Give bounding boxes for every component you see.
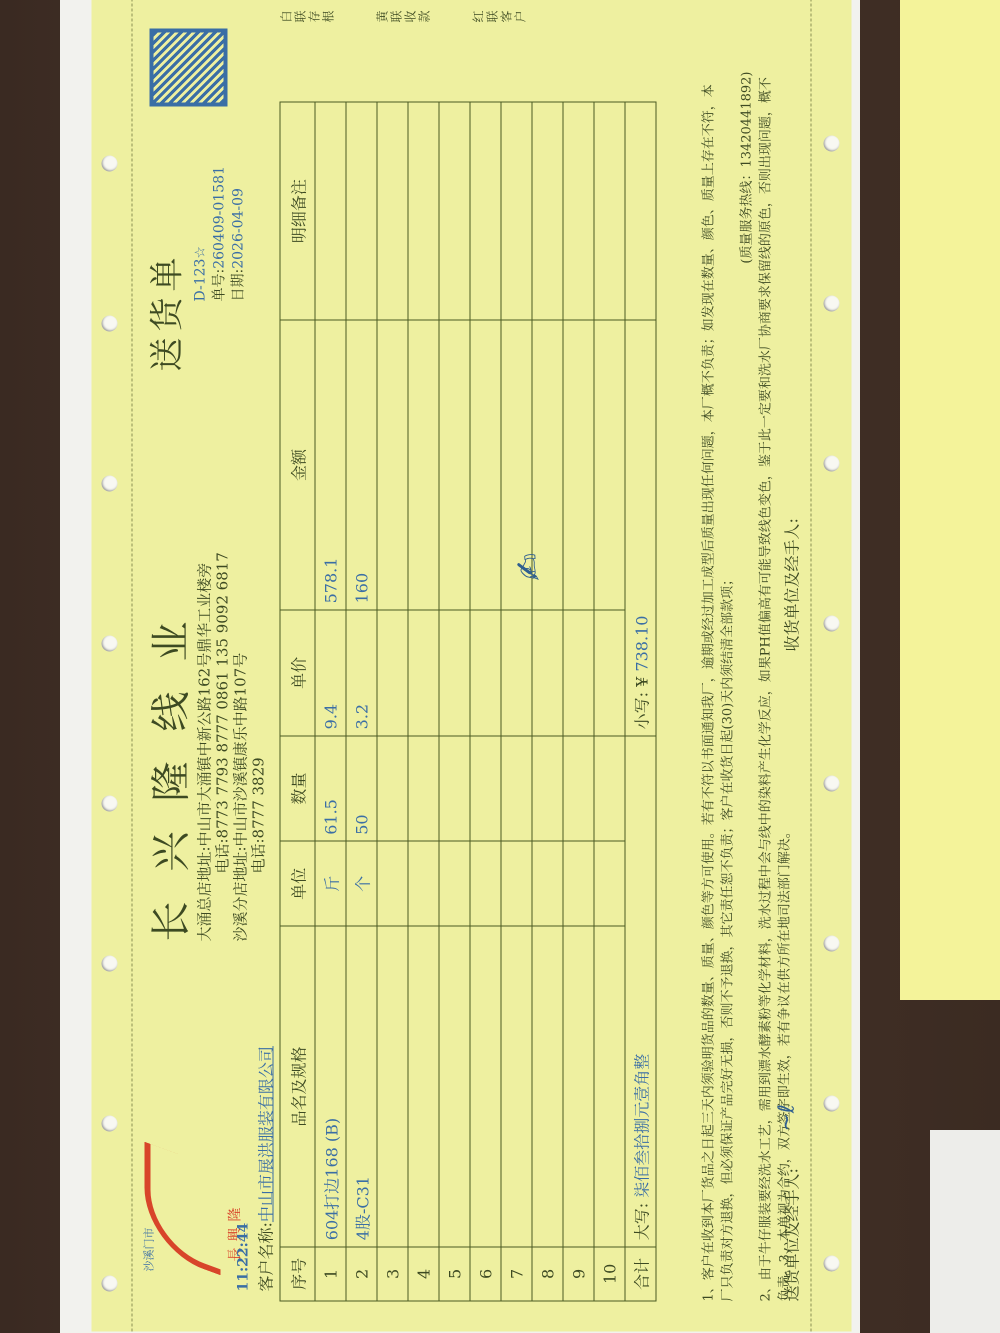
adjacent-paper [930,1130,1000,1333]
cell-no: 9 [563,1247,594,1301]
tractor-hole-icon [102,796,118,812]
address-block: 大涌总店地址:中山市大涌镇中新公路162号鼎华工业楼旁 电话:8773 7793… [196,552,268,941]
items-table: 序号 品名及规格 单位 数量 单价 金额 明细备注 1604打边168 (B)斤… [280,102,657,1302]
cell-price [594,610,625,736]
cell-name [470,926,501,1246]
copy-label-white: 白联存根 [280,3,336,23]
header-no: 序号 [280,1247,315,1301]
cell-unit [470,841,501,926]
cell-name [408,926,439,1246]
table-row: 10 [594,102,625,1301]
tractor-hole-icon [824,1096,840,1112]
table-row: 1604打边168 (B)斤61.59.4578.1 [315,102,346,1301]
cell-unit [501,841,532,926]
total-number-cell: 小写: ¥ 738.10 [625,320,656,736]
cell-unit [439,841,470,926]
value: 8773 7793 8777 0861 135 9092 6817 [214,552,232,838]
cell-amount [439,320,470,610]
perforation-strip-top [92,0,133,1332]
cell-amount: 578.1 [315,320,346,610]
value: 260409-01581 [212,166,228,269]
cell-price [408,610,439,736]
value: 2026-04-09 [231,188,247,269]
tractor-hole-icon [824,776,840,792]
cell-note [439,102,470,320]
label: 日期: [231,269,247,302]
total-note-cell [625,102,656,320]
cell-no: 10 [594,1247,625,1301]
label: 电话: [214,838,232,873]
header-note: 明细备注 [280,102,315,320]
total-label: 合计 [625,1247,656,1301]
cell-price: 3.2 [346,610,377,736]
tractor-hole-icon [102,156,118,172]
cell-note [346,102,377,320]
cell-note [501,102,532,320]
total-words-cell: 大写: 柒佰叁拾捌元壹角整 [625,736,656,1247]
cell-qty [563,736,594,841]
copy-labels: 白联存根 黄联收款 红联客户 [280,3,568,23]
cell-no: 8 [532,1247,563,1301]
label: 大涌总店地址: [196,846,214,941]
cell-amount [408,320,439,610]
document-date: 日期:2026-04-09 [230,166,249,301]
value: 中山市大涌镇中新公路162号鼎华工业楼旁 [196,563,214,847]
delivery-slip: 沙溪门市 長興隆 长兴隆线业 送货单 大涌总店地址:中山市大涌镇中新公路162号… [92,0,852,1332]
cell-qty: 61.5 [315,736,346,841]
table-row: 8 [532,102,563,1301]
cell-note [408,102,439,320]
tractor-hole-icon [102,1116,118,1132]
company-name: 长兴隆线业 [140,592,197,942]
cell-price [470,610,501,736]
table-row: 24股-C31个503.2160 [346,102,377,1301]
cell-no: 6 [470,1247,501,1301]
cell-unit [594,841,625,926]
quality-hotline: (质量服务热线：13420441892) [738,72,757,1302]
customer-label: 客户名称: [257,1222,276,1291]
cell-no: 1 [315,1247,346,1301]
value: 8777 3829 [250,757,268,838]
header-qty: 数量 [280,736,315,841]
document-title: 送货单 [140,252,189,372]
total-words-label: 大写: [632,1203,651,1240]
total-row: 合计 大写: 柒佰叁拾捌元壹角整 小写: ¥ 738.10 [625,102,656,1301]
cell-qty [501,736,532,841]
cell-note [532,102,563,320]
table-row: 9 [563,102,594,1301]
total-number: 738.10 [632,616,651,672]
cell-price [532,610,563,736]
branch-address: 沙溪分店地址:中山市沙溪镇康乐中路107号 [232,552,250,941]
cell-qty: 50 [346,736,377,841]
cell-price [501,610,532,736]
cell-no: 5 [439,1247,470,1301]
cell-qty [470,736,501,841]
cell-qty [408,736,439,841]
handwritten-signature: ✍ [508,551,550,583]
header-price: 单价 [280,610,315,736]
cell-qty [532,736,563,841]
main-store-address: 大涌总店地址:中山市大涌镇中新公路162号鼎华工业楼旁 [196,552,214,941]
cell-amount [563,320,594,610]
cell-note [563,102,594,320]
tractor-hole-icon [102,476,118,492]
cell-unit: 斤 [315,841,346,926]
cell-note [315,102,346,320]
tractor-hole-icon [824,456,840,472]
cell-price [377,610,408,736]
cell-no: 2 [346,1247,377,1301]
cell-qty [439,736,470,841]
cell-qty [377,736,408,841]
cell-unit [377,841,408,926]
copy-label-yellow: 黄联收款 [376,3,432,23]
tractor-hole-icon [102,956,118,972]
cell-name: 604打边168 (B) [315,926,346,1246]
cell-name [563,926,594,1246]
tractor-hole-icon [824,936,840,952]
cell-note [594,102,625,320]
header-unit: 单位 [280,841,315,926]
cell-name [532,926,563,1246]
table-header-row: 序号 品名及规格 单位 数量 单价 金额 明细备注 [280,102,315,1301]
table-row: 6 [470,102,501,1301]
cell-name [501,926,532,1246]
document-number: 单号:260409-01581 [211,166,230,301]
total-number-label: 小写: ¥ [632,677,651,730]
table-row: 3 [377,102,408,1301]
document-meta: D-123☆ 单号:260409-01581 日期:2026-04-09 [192,166,249,301]
copy-label-red: 红联客户 [472,3,528,23]
value: 中山市沙溪镇康乐中路107号 [232,653,250,847]
cell-price: 9.4 [315,610,346,736]
cell-note [377,102,408,320]
branch-phone: 电话:8777 3829 [250,552,268,941]
total-words: 柒佰叁拾捌元壹角整 [632,1054,651,1198]
cell-no: 3 [377,1247,408,1301]
cell-name [594,926,625,1246]
cell-note [470,102,501,320]
table-row: 7 [501,102,532,1301]
cell-amount [470,320,501,610]
perforation-strip-bottom [811,0,852,1332]
receiver-signature-label: 收货单位及经手人: [780,518,803,651]
table-row: 5 [439,102,470,1301]
cell-amount [594,320,625,610]
label: 电话: [250,838,268,873]
cell-qty [594,736,625,841]
table-row: 4 [408,102,439,1301]
tractor-hole-icon [102,316,118,332]
cell-unit: 个 [346,841,377,926]
cell-no: 7 [501,1247,532,1301]
form-code: D-123☆ [192,166,211,301]
cell-unit [532,841,563,926]
cell-unit [563,841,594,926]
cell-name: 4股-C31 [346,926,377,1246]
label: 沙溪分店地址: [232,846,250,941]
main-store-phone: 电话:8773 7793 8777 0861 135 9092 6817 [214,552,232,941]
cell-price [439,610,470,736]
tractor-hole-icon [102,636,118,652]
print-time: 11:22:44 [236,1223,252,1292]
tractor-hole-icon [824,296,840,312]
cell-no: 4 [408,1247,439,1301]
cell-amount [377,320,408,610]
customer-line: 客户名称:中山市展洪服装有限公司 [254,1046,277,1291]
branch-tag: 沙溪门市 [141,1228,157,1272]
tractor-hole-icon [824,1256,840,1272]
cell-name [439,926,470,1246]
tractor-hole-icon [824,616,840,632]
slip-header: 沙溪门市 長興隆 长兴隆线业 送货单 大涌总店地址:中山市大涌镇中新公路162号… [140,29,260,1302]
cell-unit [408,841,439,926]
tractor-hole-icon [102,1276,118,1292]
sender-signature-label: 送货单位及经手人: [783,1168,802,1301]
tractor-hole-icon [824,136,840,152]
cell-amount: 160 [346,320,377,610]
adjacent-slip [900,0,1000,1000]
header-name: 品名及规格 [280,926,315,1246]
cell-name [377,926,408,1246]
company-logo: 沙溪门市 長興隆 [145,1132,245,1262]
qr-code-icon [150,29,228,107]
terms-line-1: 1、客户在收到本厂货品之日起三天内须验明货品的数量、质量、颜色等方可使用。若有不… [700,72,738,1302]
header-amount: 金额 [280,320,315,610]
slip-content: 沙溪门市 長興隆 长兴隆线业 送货单 大涌总店地址:中山市大涌镇中新公路162号… [140,29,804,1302]
sender-signature-scribble: ~ℓ [775,1104,800,1132]
customer-name: 中山市展洪服装有限公司 [257,1046,276,1222]
label: 单号: [212,269,228,302]
cell-price [563,610,594,736]
